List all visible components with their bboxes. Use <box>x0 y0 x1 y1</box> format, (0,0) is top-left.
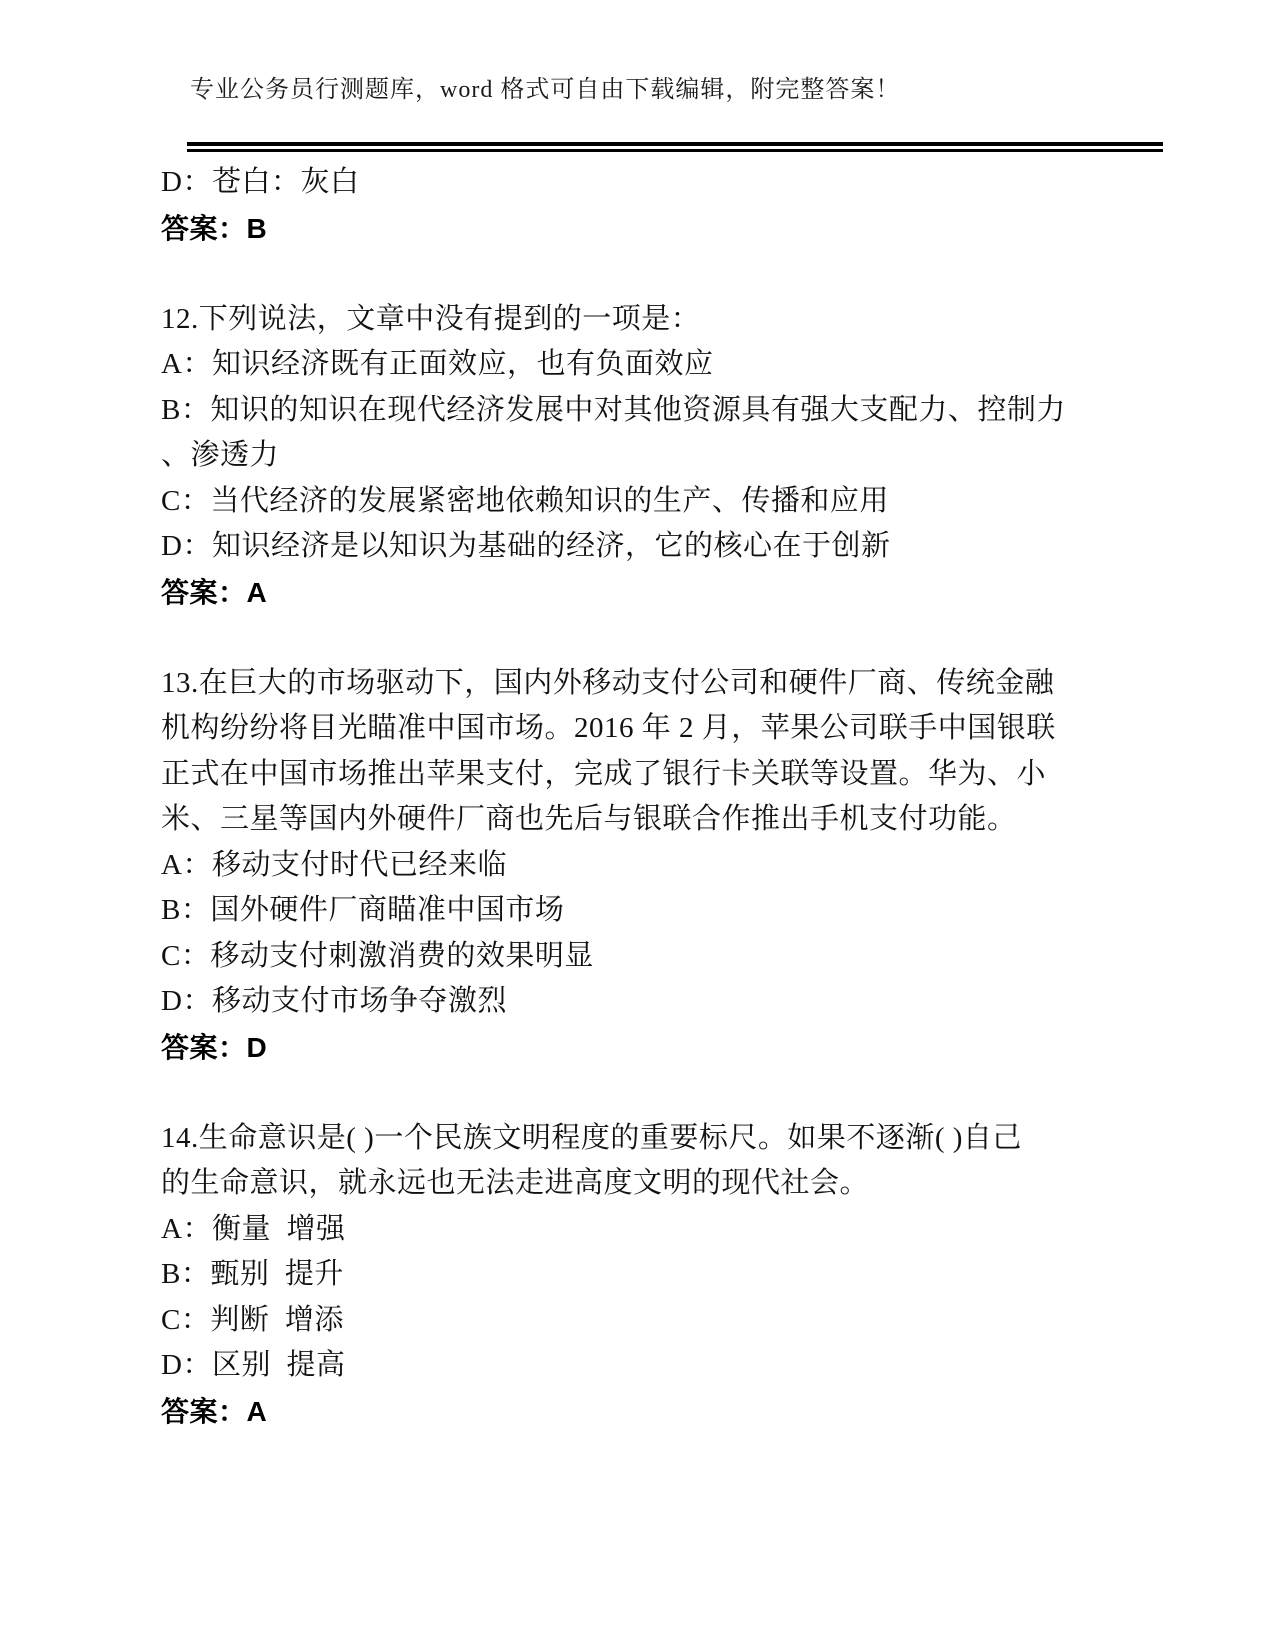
question-line: 13.在巨大的市场驱动下，国内外移动支付公司和硬件厂商、传统金融 <box>161 661 1121 707</box>
page-header-text: 专业公务员行测题库，word 格式可自由下载编辑，附完整答案！ <box>190 66 900 114</box>
blank-line <box>161 251 1121 297</box>
question-line: 的生命意识，就永远也无法走进高度文明的现代社会。 <box>161 1161 1121 1207</box>
question-line: C：移动支付刺激消费的效果明显 <box>161 934 1121 980</box>
blank-line <box>161 615 1121 661</box>
answer-line: 答案：B <box>161 206 1121 252</box>
answer-line: 答案：A <box>161 1389 1121 1435</box>
question-block-12: 12.下列说法，文章中没有提到的一项是：A：知识经济既有正面效应，也有负面效应B… <box>161 297 1121 616</box>
question-line: B：知识的知识在现代经济发展中对其他资源具有强大支配力、控制力 <box>161 388 1121 434</box>
question-line: 正式在中国市场推出苹果支付，完成了银行卡关联等设置。华为、小 <box>161 752 1121 798</box>
question-line: D：区别 提高 <box>161 1343 1121 1389</box>
document-body: D：苍白：灰白答案：B12.下列说法，文章中没有提到的一项是：A：知识经济既有正… <box>161 160 1121 1434</box>
document-page: 专业公务员行测题库，word 格式可自由下载编辑，附完整答案！ D：苍白：灰白答… <box>0 0 1275 1650</box>
header-divider-rule <box>187 142 1163 152</box>
question-line: B：甄别 提升 <box>161 1252 1121 1298</box>
question-line: 、渗透力 <box>161 433 1121 479</box>
question-line: A：知识经济既有正面效应，也有负面效应 <box>161 342 1121 388</box>
question-line: 12.下列说法，文章中没有提到的一项是： <box>161 297 1121 343</box>
question-line: 米、三星等国内外硬件厂商也先后与银联合作推出手机支付功能。 <box>161 797 1121 843</box>
question-line: D：移动支付市场争夺激烈 <box>161 979 1121 1025</box>
question-line: D：知识经济是以知识为基础的经济，它的核心在于创新 <box>161 524 1121 570</box>
answer-line: 答案：A <box>161 570 1121 616</box>
question-block-11-tail: D：苍白：灰白答案：B <box>161 160 1121 251</box>
question-line: A：移动支付时代已经来临 <box>161 843 1121 889</box>
question-block-14: 14.生命意识是( )一个民族文明程度的重要标尺。如果不逐渐( )自己的生命意识… <box>161 1116 1121 1435</box>
question-block-13: 13.在巨大的市场驱动下，国内外移动支付公司和硬件厂商、传统金融机构纷纷将目光瞄… <box>161 661 1121 1071</box>
question-line: 机构纷纷将目光瞄准中国市场。2016 年 2 月，苹果公司联手中国银联 <box>161 706 1121 752</box>
answer-line: 答案：D <box>161 1025 1121 1071</box>
question-line: C：判断 增添 <box>161 1298 1121 1344</box>
question-line: 14.生命意识是( )一个民族文明程度的重要标尺。如果不逐渐( )自己 <box>161 1116 1121 1162</box>
question-line: D：苍白：灰白 <box>161 160 1121 206</box>
question-line: A：衡量 增强 <box>161 1207 1121 1253</box>
question-line: C：当代经济的发展紧密地依赖知识的生产、传播和应用 <box>161 479 1121 525</box>
question-line: B：国外硬件厂商瞄准中国市场 <box>161 888 1121 934</box>
blank-line <box>161 1070 1121 1116</box>
